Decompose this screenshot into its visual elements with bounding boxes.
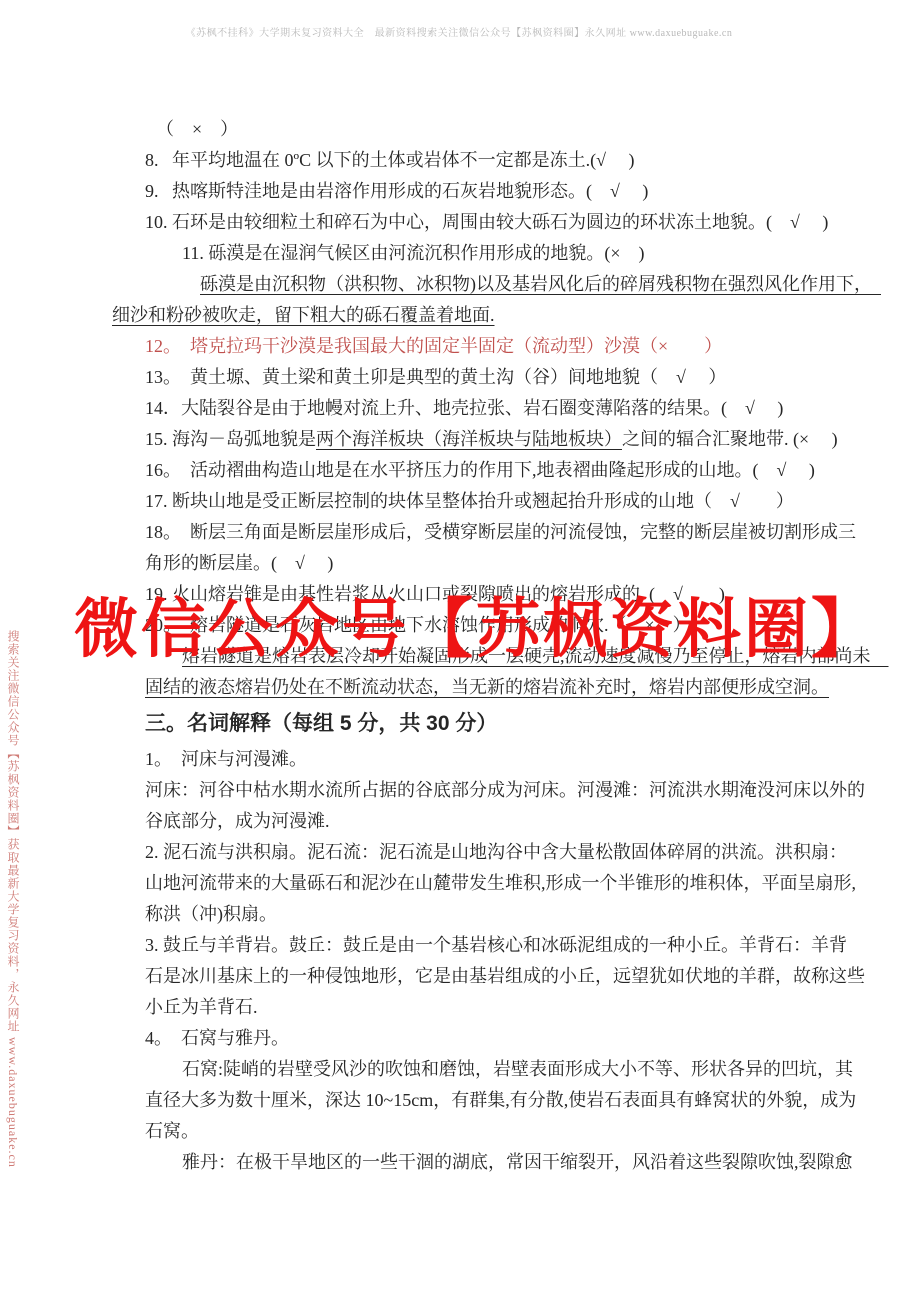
text-line: 称洪（冲)积扇。 — [145, 899, 890, 930]
text-line: 山地河流带来的大量砾石和泥沙在山麓带发生堆积,形成一个半锥形的堆积体，平面呈扇形… — [145, 868, 890, 899]
text-line: 小丘为羊背石. — [145, 992, 890, 1023]
text-line: 角形的断层崖。( √ ) — [145, 548, 890, 579]
text-segment: 石窝。 — [145, 1121, 199, 1141]
promo-header: 《苏枫不挂科》大学期末复习资料大全 最新资料搜索关注微信公众号【苏枫资料圈】永久… — [0, 24, 918, 39]
text-segment: 小丘为羊背石. — [145, 997, 258, 1017]
text-line: 三。名词解释（每组 5 分，共 30 分） — [145, 703, 890, 744]
text-line: 15. 海沟－岛弧地貌是两个海洋板块（海洋板块与陆地板块）之间的辐合汇聚地带. … — [145, 424, 890, 455]
underlined-text: 固结的液态熔岩仍处在不断流动状态，当无新的熔岩流补充时，熔岩内部便形成空洞。 — [145, 677, 829, 697]
text-segment: （ × ） — [156, 119, 238, 139]
text-line: （ × ） — [156, 114, 890, 145]
text-segment: 12。 塔克拉玛干沙漠是我国最大的固定半固定（流动型）沙漠（× ） — [145, 336, 722, 356]
text-line: 石是冰川基床上的一种侵蚀地形，它是由基岩组成的小丘，远望犹如伏地的羊群，故称这些 — [145, 961, 890, 992]
text-segment: 称洪（冲)积扇。 — [145, 904, 277, 924]
underlined-text: 细沙和粉砂被吹走，留下粗大的砾石覆盖着地面. — [112, 305, 495, 325]
text-segment: 石是冰川基床上的一种侵蚀地形，它是由基岩组成的小丘，远望犹如伏地的羊群，故称这些 — [145, 966, 865, 986]
underlined-text: 砾漠是由沉积物（洪积物、冰积物)以及基岩风化后的碎屑残积物在强烈风化作用下， — [200, 274, 881, 294]
text-segment: 10. 石环是由较细粒土和碎石为中心，周围由较大砾石为圆边的环状冻土地貌。( √… — [145, 212, 828, 232]
text-segment: 雅丹：在极干旱地区的一些干涸的湖底，常因干缩裂开，风沿着这些裂隙吹蚀,裂隙愈 — [182, 1152, 853, 1172]
text-line: 河床：河谷中枯水期水流所占据的谷底部分成为河床。河漫滩：河流洪水期淹没河床以外的 — [145, 775, 890, 806]
text-segment: 4。 石窝与雅丹。 — [145, 1028, 289, 1048]
text-segment: 17. 断块山地是受正断层控制的块体呈整体抬升或翘起抬升形成的山地（ √ ） — [145, 491, 794, 511]
text-line: 直径大多为数十厘米，深达 10~15cm，有群集,有分散,使岩石表面具有蜂窝状的… — [145, 1085, 890, 1116]
text-line: 石窝:陡峭的岩壁受风沙的吹蚀和磨蚀，岩壁表面形成大小不等、形状各异的凹坑，其 — [182, 1054, 890, 1085]
text-line: 固结的液态熔岩仍处在不断流动状态，当无新的熔岩流补充时，熔岩内部便形成空洞。 — [145, 672, 890, 703]
text-line: 2. 泥石流与洪积扇。泥石流：泥石流是山地沟谷中含大量松散固体碎屑的洪流。洪积扇… — [145, 837, 890, 868]
side-promo-vertical-text: 搜索关注微信公众号【苏枫资料圈】获取最新大学复习资料，永久网址 www.daxu… — [5, 630, 22, 1070]
text-line: 3. 鼓丘与羊背岩。鼓丘：鼓丘是由一个基岩核心和冰砾泥组成的一种小丘。羊背石：羊… — [145, 930, 890, 961]
document-page: 《苏枫不挂科》大学期末复习资料大全 最新资料搜索关注微信公众号【苏枫资料圈】永久… — [0, 0, 918, 1298]
text-segment: 16。 活动褶曲构造山地是在水平挤压力的作用下,地表褶曲隆起形成的山地。( √ … — [145, 460, 815, 480]
text-line: 1。 河床与河漫滩。 — [145, 744, 890, 775]
text-segment: 2. 泥石流与洪积扇。泥石流：泥石流是山地沟谷中含大量松散固体碎屑的洪流。洪积扇… — [145, 842, 847, 862]
text-line: 14．大陆裂谷是由于地幔对流上升、地壳拉张、岩石圈变薄陷落的结果。( √ ) — [145, 393, 890, 424]
text-segment: 石窝:陡峭的岩壁受风沙的吹蚀和磨蚀，岩壁表面形成大小不等、形状各异的凹坑，其 — [182, 1059, 853, 1079]
underlined-text: 两个海洋板块（海洋板块与陆地板块） — [316, 429, 622, 449]
text-line: 雅丹：在极干旱地区的一些干涸的湖底，常因干缩裂开，风沿着这些裂隙吹蚀,裂隙愈 — [182, 1147, 890, 1178]
text-segment: 8. 年平均地温在 0ºC 以下的土体或岩体不一定都是冻土.(√ ) — [145, 150, 634, 170]
text-line: 砾漠是由沉积物（洪积物、冰积物)以及基岩风化后的碎屑残积物在强烈风化作用下， — [200, 269, 890, 300]
text-segment: 山地河流带来的大量砾石和泥沙在山麓带发生堆积,形成一个半锥形的堆积体，平面呈扇形… — [145, 873, 856, 893]
text-segment: 直径大多为数十厘米，深达 10~15cm，有群集,有分散,使岩石表面具有蜂窝状的… — [145, 1090, 856, 1110]
text-line: 8. 年平均地温在 0ºC 以下的土体或岩体不一定都是冻土.(√ ) — [145, 145, 890, 176]
text-line: 13。 黄土塬、黄土梁和黄土卯是典型的黄土沟（谷）间地地貌（ √ ） — [145, 362, 890, 393]
text-segment: 三。名词解释（每组 5 分，共 30 分） — [145, 712, 497, 735]
text-line: 12。 塔克拉玛干沙漠是我国最大的固定半固定（流动型）沙漠（× ） — [145, 331, 890, 362]
text-line: 17. 断块山地是受正断层控制的块体呈整体抬升或翘起抬升形成的山地（ √ ） — [145, 486, 890, 517]
text-segment: 之间的辐合汇聚地带. (× ) — [622, 429, 838, 449]
text-segment: 3. 鼓丘与羊背岩。鼓丘：鼓丘是由一个基岩核心和冰砾泥组成的一种小丘。羊背石：羊… — [145, 935, 847, 955]
text-segment: 15. 海沟－岛弧地貌是 — [145, 429, 316, 449]
text-segment: 河床：河谷中枯水期水流所占据的谷底部分成为河床。河漫滩：河流洪水期淹没河床以外的 — [145, 780, 865, 800]
text-line: 细沙和粉砂被吹走，留下粗大的砾石覆盖着地面. — [112, 300, 890, 331]
text-segment: 13。 黄土塬、黄土梁和黄土卯是典型的黄土沟（谷）间地地貌（ √ ） — [145, 367, 726, 387]
text-line: 10. 石环是由较细粒土和碎石为中心，周围由较大砾石为圆边的环状冻土地貌。( √… — [145, 207, 890, 238]
text-segment: 18。 断层三角面是断层崖形成后，受横穿断层崖的河流侵蚀，完整的断层崖被切割形成… — [145, 522, 856, 542]
text-segment: 1。 河床与河漫滩。 — [145, 749, 307, 769]
text-line: 石窝。 — [145, 1116, 890, 1147]
text-line: 4。 石窝与雅丹。 — [145, 1023, 890, 1054]
text-line: 18。 断层三角面是断层崖形成后，受横穿断层崖的河流侵蚀，完整的断层崖被切割形成… — [145, 517, 890, 548]
text-line: 谷底部分，成为河漫滩. — [145, 806, 890, 837]
text-segment: 14．大陆裂谷是由于地幔对流上升、地壳拉张、岩石圈变薄陷落的结果。( √ ) — [145, 398, 783, 418]
text-line: 16。 活动褶曲构造山地是在水平挤压力的作用下,地表褶曲隆起形成的山地。( √ … — [145, 455, 890, 486]
text-segment: 9. 热喀斯特洼地是由岩溶作用形成的石灰岩地貌形态。( √ ) — [145, 181, 648, 201]
text-line: 9. 热喀斯特洼地是由岩溶作用形成的石灰岩地貌形态。( √ ) — [145, 176, 890, 207]
text-segment: 11. 砾漠是在湿润气候区由河流沉积作用形成的地貌。(× ) — [182, 243, 644, 263]
watermark-text: 微信公众号【苏枫资料圈】 — [74, 594, 878, 666]
text-segment: 角形的断层崖。( √ ) — [145, 553, 333, 573]
text-line: 11. 砾漠是在湿润气候区由河流沉积作用形成的地貌。(× ) — [182, 238, 890, 269]
text-segment: 谷底部分，成为河漫滩. — [145, 811, 330, 831]
